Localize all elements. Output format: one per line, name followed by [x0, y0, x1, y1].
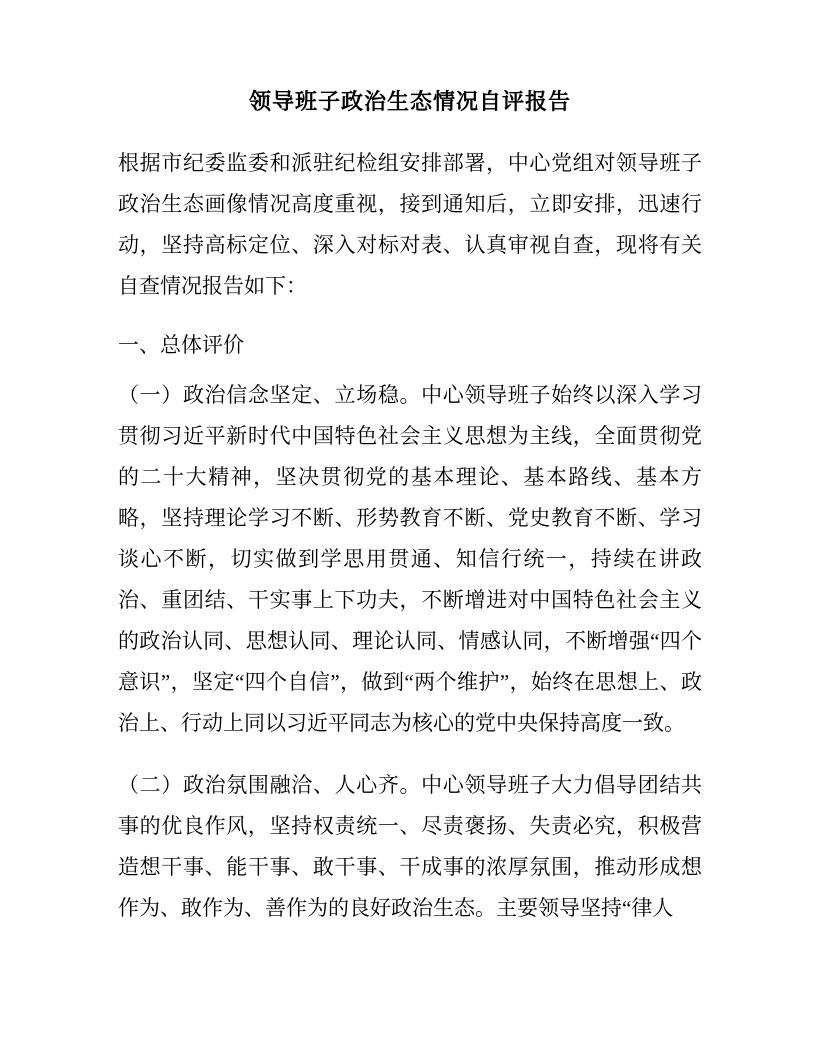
document-title: 领导班子政治生态情况自评报告: [118, 86, 702, 118]
paragraph-intro: 根据市纪委监委和派驻纪检组安排部署，中心党组对领导班子政治生态画像情况高度重视，…: [118, 143, 702, 307]
document-page: 领导班子政治生态情况自评报告 根据市纪委监委和派驻纪检组安排部署，中心党组对领导…: [0, 0, 816, 1056]
paragraph-political-conviction: （一）政治信念坚定、立场稳。中心领导班子始终以深入学习贯彻习近平新时代中国特色社…: [118, 375, 702, 744]
section-heading-overall-evaluation: 一、总体评价: [118, 325, 702, 366]
paragraph-political-atmosphere: （二）政治氛围融洽、人心齐。中心领导班子大力倡导团结共事的优良作风，坚持权责统一…: [118, 765, 702, 929]
